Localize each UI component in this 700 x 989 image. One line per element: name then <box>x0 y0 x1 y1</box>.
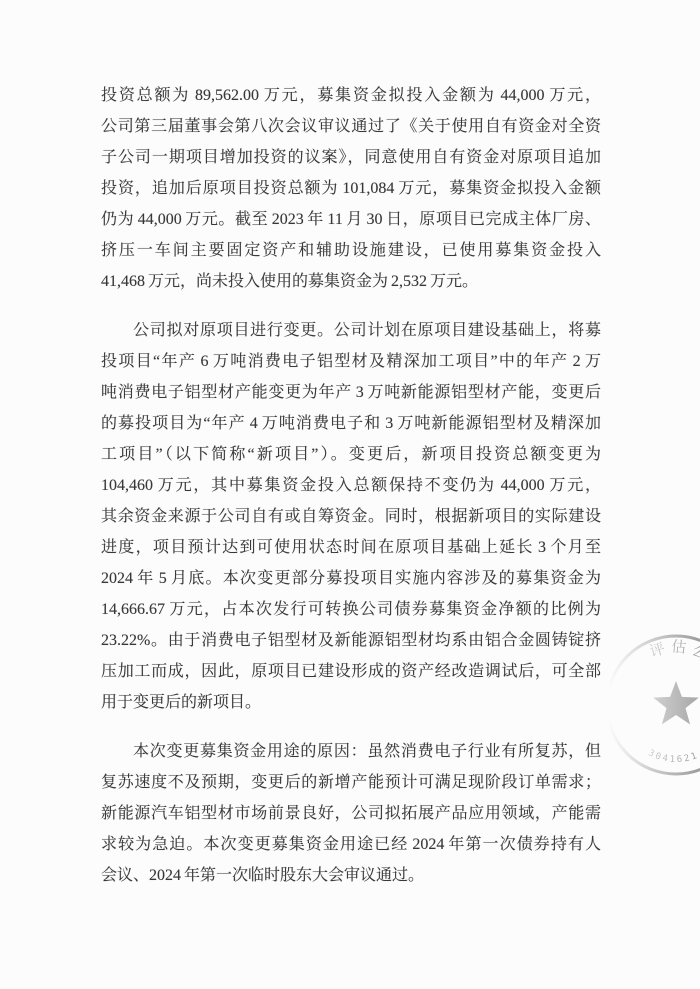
text-line: 投资总额为 89,562.00 万元，募集资金拟投入金额为 44,000 万元， <box>101 80 601 111</box>
text-line: 用于变更后的新项目。 <box>101 687 601 718</box>
text-line: 子公司一期项目增加投资的议案》，同意使用自有资金对原项目追加 <box>101 142 601 173</box>
text-line: 复苏速度不及预期，变更后的新增产能预计可满足现阶段订单需求； <box>101 767 601 798</box>
document-page: 投资总额为 89,562.00 万元，募集资金拟投入金额为 44,000 万元，… <box>0 0 700 989</box>
text-line: 新能源汽车铝型材市场前景良好，公司拟拓展产品应用领域，产能需 <box>101 798 601 829</box>
paragraph-investment-summary: 投资总额为 89,562.00 万元，募集资金拟投入金额为 44,000 万元，… <box>101 80 601 297</box>
text-line: 本次变更募集资金用途的原因：虽然消费电子行业有所复苏，但 <box>101 736 601 767</box>
star-icon <box>653 681 699 724</box>
svg-text:评估公: 评估公 <box>648 638 700 665</box>
text-line: 吨消费电子铝型材产能变更为年产 3 万吨新能源铝型材产能，变更后 <box>101 377 601 408</box>
document-text-block: 投资总额为 89,562.00 万元，募集资金拟投入金额为 44,000 万元，… <box>101 80 601 891</box>
text-line: 仍为 44,000 万元。截至 2023 年 11 月 30 日，原项目已完成主… <box>101 204 601 235</box>
seal-serial-number: 3041621 <box>647 748 700 765</box>
text-line: 14,666.67 万元，占本次发行可转换公司债券募集资金净额的比例为 <box>101 594 601 625</box>
text-line: 工项目”（以下简称“新项目”）。变更后，新项目投资总额变更为 <box>101 439 601 470</box>
text-line: 的募投项目为“年产 4 万吨消费电子和 3 万吨新能源铝型材及精深加 <box>101 408 601 439</box>
text-line: 求较为急迫。本次变更募集资金用途已经 2024 年第一次债券持有人 <box>101 829 601 860</box>
text-line: 2024 年 5 月底。本次变更部分募投项目实施内容涉及的募集资金为 <box>101 563 601 594</box>
text-line: 投资，追加后原项目投资总额为 101,084 万元，募集资金拟投入金额 <box>101 173 601 204</box>
paragraph-change-reason: 本次变更募集资金用途的原因：虽然消费电子行业有所复苏，但 复苏速度不及预期，变更… <box>101 736 601 891</box>
text-line: 挤压一车间主要固定资产和辅助设施建设，已使用募集资金投入 <box>101 235 601 266</box>
text-line: 公司拟对原项目进行变更。公司计划在原项目建设基础上，将募 <box>101 315 601 346</box>
seal-arc-text: 评估公 <box>648 638 700 665</box>
appraisal-seal-stamp: 评估公 3041621 <box>591 620 700 790</box>
paragraph-project-change: 公司拟对原项目进行变更。公司计划在原项目建设基础上，将募 投项目“年产 6 万吨… <box>101 315 601 718</box>
text-line: 41,468 万元，尚未投入使用的募集资金为 2,532 万元。 <box>101 266 601 297</box>
svg-text:3041621: 3041621 <box>647 748 700 765</box>
text-line: 公司第三届董事会第八次会议审议通过了《关于使用自有资金对全资 <box>101 111 601 142</box>
text-line: 23.22%。由于消费电子铝型材及新能源铝型材均系由铝合金圆铸锭挤 <box>101 625 601 656</box>
text-line: 会议、2024 年第一次临时股东大会审议通过。 <box>101 860 601 891</box>
text-line: 104,460 万元，其中募集资金投入总额保持不变仍为 44,000 万元， <box>101 470 601 501</box>
text-line: 投项目“年产 6 万吨消费电子铝型材及精深加工项目”中的年产 2 万 <box>101 346 601 377</box>
text-line: 其余资金来源于公司自有或自筹资金。同时，根据新项目的实际建设 <box>101 501 601 532</box>
text-line: 进度，项目预计达到可使用状态时间在原项目基础上延长 3 个月至 <box>101 532 601 563</box>
text-line: 压加工而成，因此，原项目已建设形成的资产经改造调试后，可全部 <box>101 656 601 687</box>
